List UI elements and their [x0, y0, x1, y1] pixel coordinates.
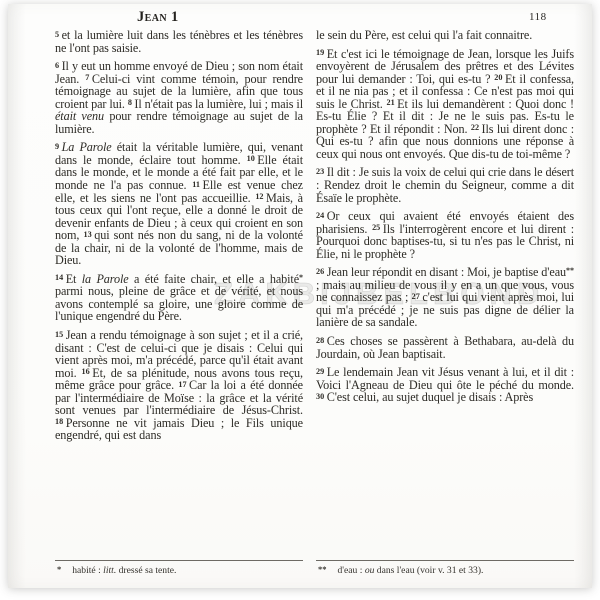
verse-number: 26 [316, 267, 327, 276]
verse-number: 13 [84, 230, 95, 239]
verse-number: 15 [55, 330, 66, 339]
left-column: 5et la lumière luit dans les ténèbres et… [55, 29, 303, 448]
footnote-left: *habité : litt. dressé sa tente. [55, 560, 303, 576]
bible-page: Jean 1 118 ZAKBIJBELBOND 5et la lumière … [8, 4, 592, 588]
verse-number: 14 [55, 273, 66, 282]
verse-number: 17 [178, 380, 189, 389]
verse-paragraph: 14Et la Parole a été faite chair, et ell… [55, 273, 303, 323]
verse-paragraph: 24Or ceux qui avaient été envoyés étaien… [316, 210, 574, 260]
verse-number: 11 [192, 180, 202, 189]
verse-paragraph: 29Le lendemain Jean vit Jésus venant à l… [316, 366, 574, 404]
running-head: Jean 1 118 [8, 4, 592, 28]
verse-number: 25 [372, 223, 383, 232]
verse-number: 6 [55, 61, 62, 70]
verse-paragraph: 5et la lumière luit dans les ténèbres et… [55, 29, 303, 54]
page-number: 118 [529, 11, 547, 23]
verse-number: 21 [386, 98, 397, 107]
verse-paragraph: 15Jean a rendu témoignage à son sujet ; … [55, 329, 303, 442]
italic-text: La Parole [62, 140, 112, 154]
verse-number: 29 [316, 367, 327, 376]
text-columns: 5et la lumière luit dans les ténèbres et… [55, 29, 574, 448]
footnote-reference-mark: * [299, 273, 303, 282]
italic-text: ou [365, 565, 375, 576]
book-page-photo: Jean 1 118 ZAKBIJBELBOND 5et la lumière … [0, 0, 600, 600]
verse-paragraph: 19Et c'est ici le témoignage de Jean, lo… [316, 48, 574, 161]
footnote-right: **d'eau : ou dans l'eau (voir v. 31 et 3… [316, 560, 574, 576]
italic-text: litt. [103, 565, 116, 576]
verse-number: 9 [55, 142, 62, 151]
verse-number: 22 [471, 123, 482, 132]
verse-paragraph: 9La Parole était la véritable lumière, q… [55, 141, 303, 266]
footnote-text: d'eau : ou dans l'eau (voir v. 31 et 33)… [338, 565, 484, 576]
verse-number: 16 [82, 367, 93, 376]
verse-paragraph: 23Il dit : Je suis la voix de celui qui … [316, 166, 574, 204]
verse-number: 5 [55, 30, 62, 39]
verse-number: 8 [128, 98, 135, 107]
footnote-reference-mark: ** [566, 266, 574, 275]
verse-number: 7 [85, 73, 92, 82]
footnote-marker: * [57, 564, 61, 574]
verse-number: 24 [316, 211, 327, 220]
footnote-marker: ** [318, 564, 327, 574]
verse-number: 20 [494, 73, 505, 82]
italic-text: la Parole [82, 272, 129, 286]
verse-number: 19 [316, 48, 327, 57]
verse-paragraph: 6Il y eut un homme envoyé de Dieu ; son … [55, 60, 303, 135]
verse-number: 23 [316, 167, 327, 176]
verse-number: 10 [247, 154, 258, 163]
verse-number: 27 [412, 292, 423, 301]
verse-number: 12 [255, 192, 266, 201]
verse-paragraph: 26Jean leur répondit en disant : Moi, je… [316, 266, 574, 329]
right-column: le sein du Père, est celui qui l'a fait … [316, 29, 574, 448]
chapter-heading: Jean 1 [137, 9, 179, 26]
footnotes-row: *habité : litt. dressé sa tente. **d'eau… [55, 560, 574, 576]
italic-text: était venu [55, 109, 104, 123]
verse-number: 28 [316, 336, 327, 345]
verse-number: 18 [55, 417, 66, 426]
footnote-text: habité : litt. dressé sa tente. [72, 565, 176, 576]
verse-paragraph: le sein du Père, est celui qui l'a fait … [316, 29, 574, 42]
verse-paragraph: 28Ces choses se passèrent à Bethabara, a… [316, 335, 574, 360]
verse-number: 30 [316, 392, 327, 401]
